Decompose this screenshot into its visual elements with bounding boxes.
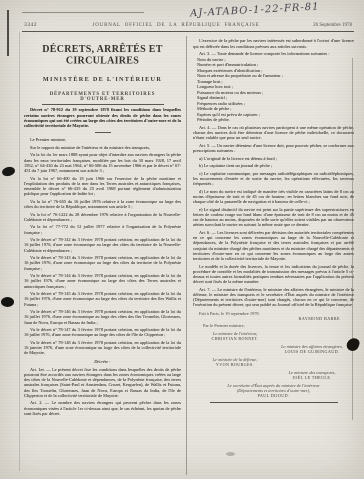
list-item: Signal distinctif ; <box>193 95 354 100</box>
decree-title: Décret n° 78-912 du 19 septembre 1978 fi… <box>24 107 181 128</box>
preamble-paragraph: Vu le décret n° 78-142 du 3 février 1978… <box>24 237 181 253</box>
list-item: Espèces qu'il est prévu de capturer ; <box>193 112 354 117</box>
preamble-paragraph: Vu la loi n° 77-772 du 12 juillet 1977 r… <box>24 224 181 234</box>
preamble-paragraph: Vu le décret n° 78-147 du 3 février 1978… <box>24 327 181 337</box>
article-7: Art. 7. — Le ministre de l'intérieur, le… <box>193 287 354 308</box>
ministry-heading: MINISTÈRE DE L'INTÉRIEUR <box>24 76 181 83</box>
article-5-item-d: d) Le nom du navire est indiqué de maniè… <box>193 189 354 205</box>
signature-entry: Le ministre des transports, JOËL LE THEU… <box>270 370 354 380</box>
minister-name: PAUL DIJOUD. <box>193 393 354 398</box>
article-5-intro: Art. 5. — Un navire détenteur d'une lice… <box>193 143 354 153</box>
minister-name: JOËL LE THEULE. <box>270 375 354 380</box>
preamble-paragraph: Vu le décret n° 78-144 du 3 février 1978… <box>24 273 181 289</box>
list-item: Marques extérieures d'identification ; <box>193 68 354 73</box>
decrete-word: Décrète : <box>24 359 181 364</box>
list-item: Puissance du moteur ou des moteurs ; <box>193 90 354 95</box>
list-item: Méthode de pêche ; <box>193 106 354 111</box>
preamble-paragraph: Vu le décret n° 78-148 du 3 février 1978… <box>24 340 181 356</box>
minister-name: CHRISTIAN BONNET. <box>193 336 277 341</box>
hole-punch-mark-lower <box>1 297 14 307</box>
article-1: Art. 1er. — Le présent décret fixe les c… <box>24 367 181 398</box>
minister-name: LOUIS DE GUIRINGAUD. <box>270 349 354 354</box>
divider-rule <box>95 132 111 133</box>
list-item: Tonnage brut ; <box>193 79 354 84</box>
minister-name: YVON BOURGES. <box>193 362 277 367</box>
scan-artifact-left-edge <box>7 10 9 56</box>
article-5-item-c: c) Le capitaine communique, par messages… <box>193 171 354 187</box>
preamble-paragraph: Sur le rapport du ministre de l'intérieu… <box>24 145 181 150</box>
article-6: Art. 6. — Les licences sont délivrées pa… <box>193 230 354 261</box>
journal-title: JOURNAL OFFICIEL DE LA RÉPUBLIQUE FRANÇA… <box>64 23 288 28</box>
signature-block: Fait à Paris, le 19 septembre 1978. RAYM… <box>193 311 354 399</box>
signature-entry: Le ministre des affaires étrangères, LOU… <box>270 344 354 354</box>
header-rule <box>22 31 354 32</box>
preamble-paragraph: Vu la loi n° 66-400 du 18 juin 1966 sur … <box>24 176 181 197</box>
running-header: 3342 JOURNAL OFFICIEL DE LA RÉPUBLIQUE F… <box>24 22 352 28</box>
hole-punch-mark-upper <box>1 166 16 178</box>
end-of-decree-rule <box>210 402 338 403</box>
article-5-item-e: e) Le signal distinctif du navire est pe… <box>193 207 354 228</box>
article-4: Art. 4. — Dans le cas où plusieurs navir… <box>193 125 354 141</box>
two-column-body: DÉCRETS, ARRÊTÉS ET CIRCULAIRES MINISTÈR… <box>24 36 354 475</box>
article-2: Art. 2. — Le nombre des navires étranger… <box>24 400 181 416</box>
page-number: 3342 <box>24 22 64 28</box>
signature-entry: Le secrétaire d'État auprès du ministre … <box>193 383 354 399</box>
handwritten-annotation: AJ-ATABO-1-22-FR-81 <box>190 0 355 19</box>
preamble-paragraph: Vu la loi n° 76-1222 du 28 décembre 1976… <box>24 212 181 222</box>
opening-line: Le Premier ministre, <box>24 137 181 142</box>
preamble-paragraph: Vu la loi n° 76-655 du 16 juillet 1976 r… <box>24 199 181 209</box>
continuation-paragraph: L'exercice de la pêche par les navires i… <box>193 38 354 48</box>
scan-artifact-top-rule <box>22 12 144 13</box>
signature-entry: Le ministre de l'intérieur, CHRISTIAN BO… <box>193 331 277 341</box>
article-3-intro: Art. 3. — Toute demande de licence compo… <box>193 51 354 56</box>
list-item: Longueur hors tout ; <box>193 84 354 89</box>
list-item: Périodes de pêche. <box>193 117 354 122</box>
signature-entry: Le ministre de la défense, YVON BOURGES. <box>193 357 277 367</box>
subsection-heading: DÉPARTEMENTS ET TERRITOIRES D'OUTRE-MER <box>42 92 164 105</box>
prime-minister-name: RAYMOND BARRE <box>193 316 340 321</box>
list-item: Fréquences radio utilisées ; <box>193 101 354 106</box>
article-5-item-a: a) L'original de la licence est détenu à… <box>193 156 354 161</box>
article-5-item-b: b) Le capitaine tient un journal de pêch… <box>193 163 354 168</box>
section-title: DÉCRETS, ARRÊTÉS ET CIRCULAIRES <box>24 43 181 67</box>
right-column: L'exercice de la pêche par les navires i… <box>187 36 354 475</box>
issue-date: 26 Septembre 1978 <box>288 23 352 28</box>
countersignature-intro: Par le Premier ministre, <box>193 323 354 329</box>
page-left-edge-line <box>19 32 20 471</box>
preamble-paragraph: Vu le décret n° 78-146 du 3 février 1978… <box>24 309 181 325</box>
preamble-paragraph: Vu le décret n° 78-145 du 3 février 1978… <box>24 291 181 307</box>
list-item: Nom et adresse du propriétaire ou de l'a… <box>193 73 354 78</box>
left-column: DÉCRETS, ARRÊTÉS ET CIRCULAIRES MINISTÈR… <box>24 36 186 475</box>
preamble-paragraph: Vu le décret n° 78-143 du 3 février 1978… <box>24 255 181 271</box>
list-item: Nom du navire ; <box>193 57 354 62</box>
journal-officiel-scanned-page: AJ-ATABO-1-22-FR-81 3342 JOURNAL OFFICIE… <box>0 0 364 479</box>
list-item: Numéro et port d'immatriculation ; <box>193 62 354 67</box>
preamble-paragraph: Vu la loi du 1er mars 1888 ayant pour ob… <box>24 152 181 173</box>
article-6-continuation: Le modèle et la durée des licences, la t… <box>193 264 354 285</box>
